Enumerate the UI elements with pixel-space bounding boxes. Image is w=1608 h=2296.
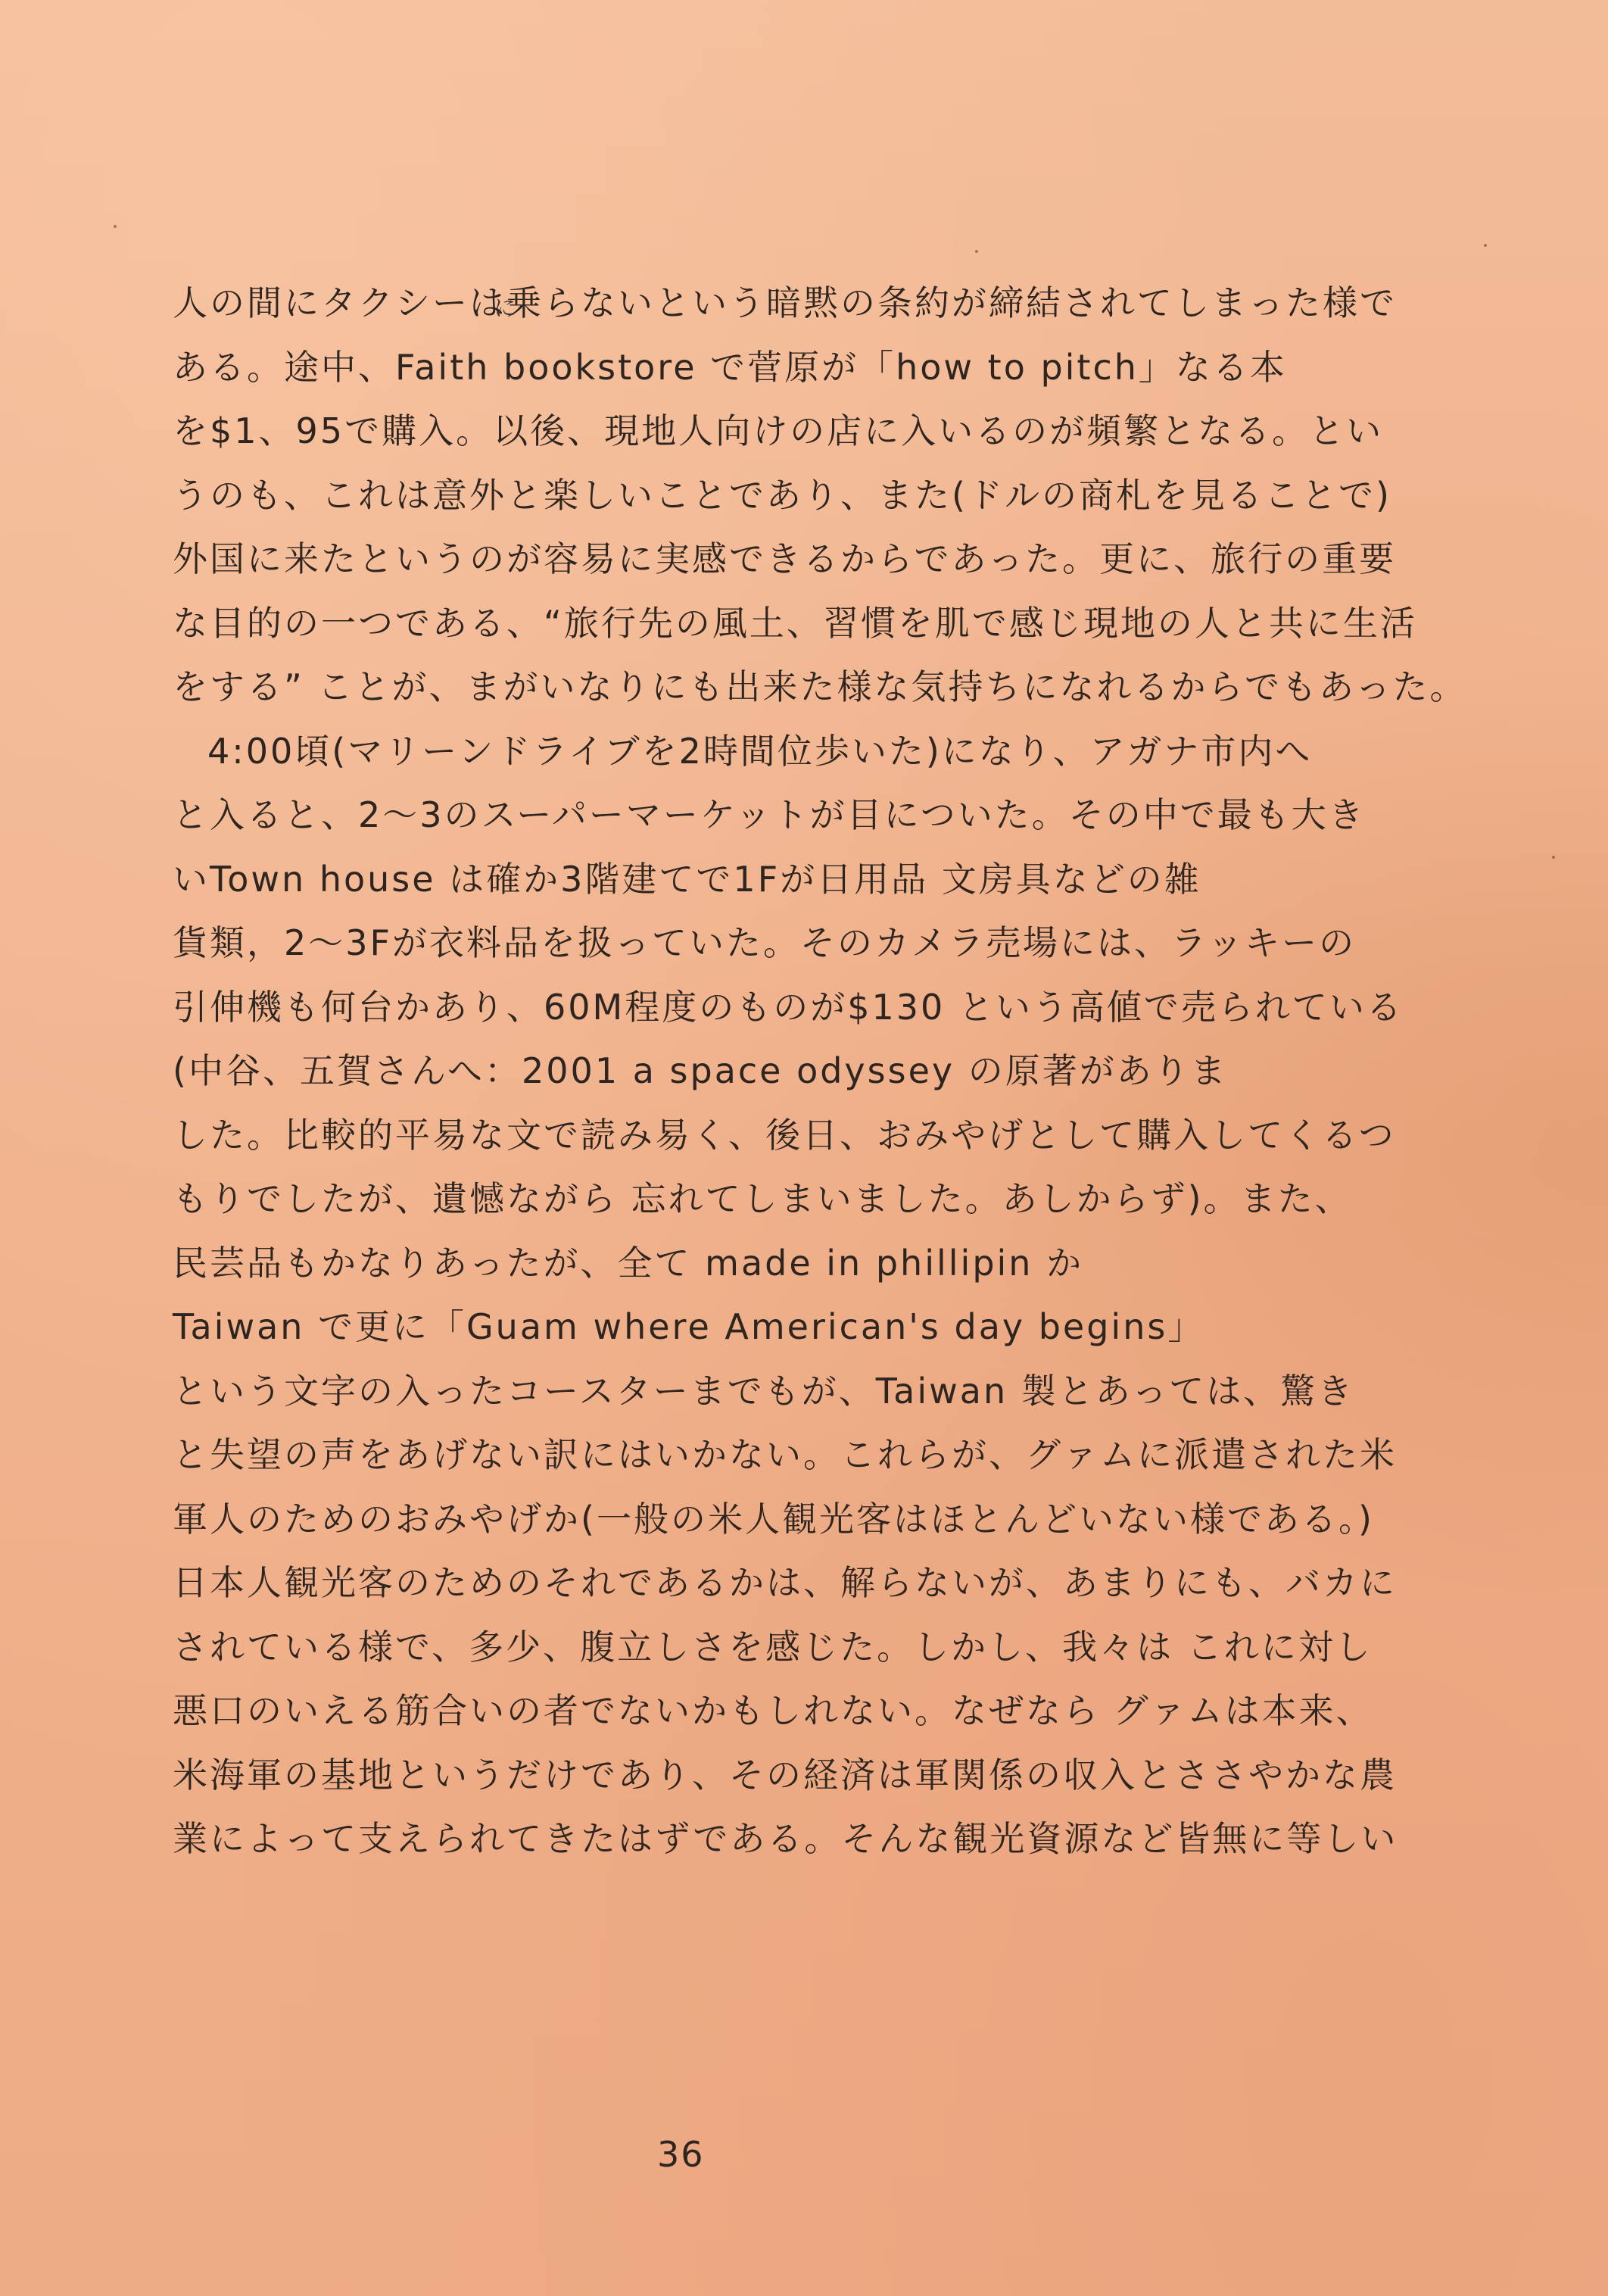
text-line: と失望の声をあげない訳にはいかない。これらが、グァムに派遣された米 (173, 1423, 1399, 1487)
paper-speck (1484, 244, 1487, 247)
text-line: もりでしたが、遺憾ながら 忘れてしまいました。あしからず)。また、 (173, 1167, 1399, 1231)
paper-speck (1552, 856, 1555, 859)
text-line: ある。途中、Faith bookstore で菅原が「how to pitch」… (173, 335, 1399, 400)
text-line: をする” ことが、まがいなりにも出来た様な気持ちになれるからでもあった。 (173, 655, 1399, 719)
text-line: 悪口のいえる筋合いの者でないかもしれない。なぜなら グァムは本来、 (173, 1679, 1399, 1743)
text-line: 民芸品もかなりあったが、全て made in phillipin か (173, 1231, 1399, 1296)
text-line: 外国に来たというのが容易に実感できるからであった。更に、旅行の重要 (173, 527, 1399, 591)
insertion-correction: に (494, 289, 516, 323)
text-line: という文字の入ったコースターまでもが、Taiwan 製とあっては、驚き (173, 1359, 1399, 1424)
paragraph-start-line: 4:00頃(マリーンドライブを2時間位歩いた)になり、アガナ市内へ (173, 719, 1399, 784)
page-number: 36 (657, 2134, 705, 2175)
paper-speck (975, 250, 978, 253)
text-line: 貨類，2～3Fが衣料品を扱っていた。そのカメラ売場には、ラッキーの (173, 911, 1399, 975)
text-line: を$1、95で購入。以後、現地人向けの店に入いるのが頻繁となる。とい (173, 399, 1399, 463)
text-line: 日本人観光客のためのそれであるかは、解らないが、あまりにも、バカに (173, 1551, 1399, 1615)
paper-speck (114, 225, 117, 228)
text-line: と入ると、2～3のスーパーマーケットが目についた。その中で最も大き (173, 783, 1399, 847)
manuscript-body: に 人の間にタクシーは乗らないという暗黙の条約が締結されてしまった様で ある。途… (173, 271, 1399, 1871)
text-line: 人の間にタクシーは乗らないという暗黙の条約が締結されてしまった様で (173, 271, 1399, 335)
text-line: Taiwan で更に「Guam where American's day beg… (173, 1295, 1399, 1359)
text-line: な目的の一つである、“旅行先の風土、習慣を肌で感じ現地の人と共に生活 (173, 591, 1399, 656)
text-line: 引伸機も何台かあり、60M程度のものが$130 という高値で売られている (173, 975, 1399, 1040)
manuscript-page: に 人の間にタクシーは乗らないという暗黙の条約が締結されてしまった様で ある。途… (0, 0, 1608, 2296)
text-line: 軍人のためのおみやげか(一般の米人観光客はほとんどいない様である。) (173, 1487, 1399, 1552)
text-line: いTown house は確か3階建てで1Fが日用品 文房具などの雑 (173, 847, 1399, 912)
text-line: されている様で、多少、腹立しさを感じた。しかし、我々は これに対し (173, 1615, 1399, 1680)
text-line: 業によって支えられてきたはずである。そんな観光資源など皆無に等しい (173, 1807, 1399, 1871)
text-line: うのも、これは意外と楽しいことであり、また(ドルの商札を見ることで) (173, 463, 1399, 528)
text-line: (中谷、五賀さんへ：2001 a space odyssey の原著がありま (173, 1039, 1399, 1103)
text-line: 米海軍の基地というだけであり、その経済は軍関係の収入とささやかな農 (173, 1743, 1399, 1808)
text-line: した。比較的平易な文で読み易く、後日、おみやげとして購入してくるつ (173, 1103, 1399, 1168)
